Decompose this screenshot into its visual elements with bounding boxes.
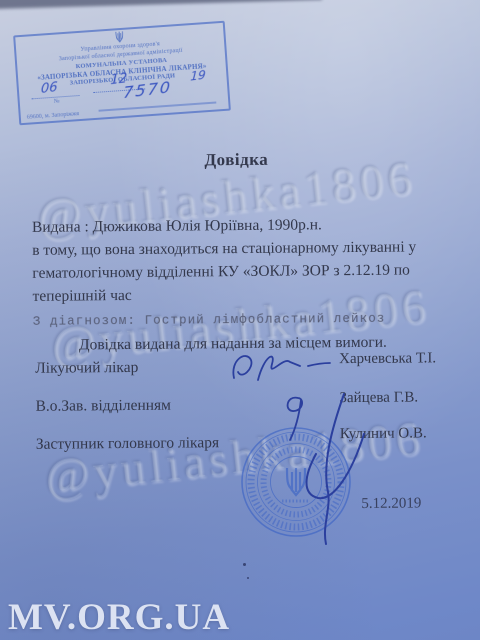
trident-icon <box>114 31 125 44</box>
signature-role: Заступник головного лікаря <box>36 434 219 454</box>
ink-speck <box>243 563 246 566</box>
stamp-address-blur <box>99 101 217 111</box>
corner-stamp: Управління охорони здоров'я Запорізької … <box>13 21 231 126</box>
body-line: гематологічному відділенні КУ «ЗОКЛ» ЗОР… <box>32 258 464 285</box>
signature-role: В.о.Зав. відділенням <box>35 397 171 416</box>
signature-role: Лікуючий лікар <box>35 359 138 378</box>
signature-name: Харчевська Т.І. <box>339 350 436 368</box>
handwritten-year: 19 <box>190 68 206 84</box>
document-title: Довідка <box>204 150 268 171</box>
handwritten-day: 06 <box>40 80 57 97</box>
stamp-address: 69600, м. Запоріжжя <box>27 111 80 121</box>
certificate-text: Видана : Дюжикова Юлія Юріївна, 1990р.н.… <box>32 212 465 357</box>
stamp-number-sign: № <box>54 98 60 104</box>
signature-stroke <box>268 392 388 552</box>
ink-speck <box>247 577 249 579</box>
signature-stroke <box>226 348 336 388</box>
paper-top-edge <box>0 0 322 9</box>
document-photo: @yuliashka1806 @yuliashka1806 @yuliashka… <box>0 0 480 640</box>
diagnosis-line: З діагнозом: Гострий лімфобластний лейко… <box>33 304 465 334</box>
site-watermark: MV.ORG.UA <box>8 596 230 639</box>
